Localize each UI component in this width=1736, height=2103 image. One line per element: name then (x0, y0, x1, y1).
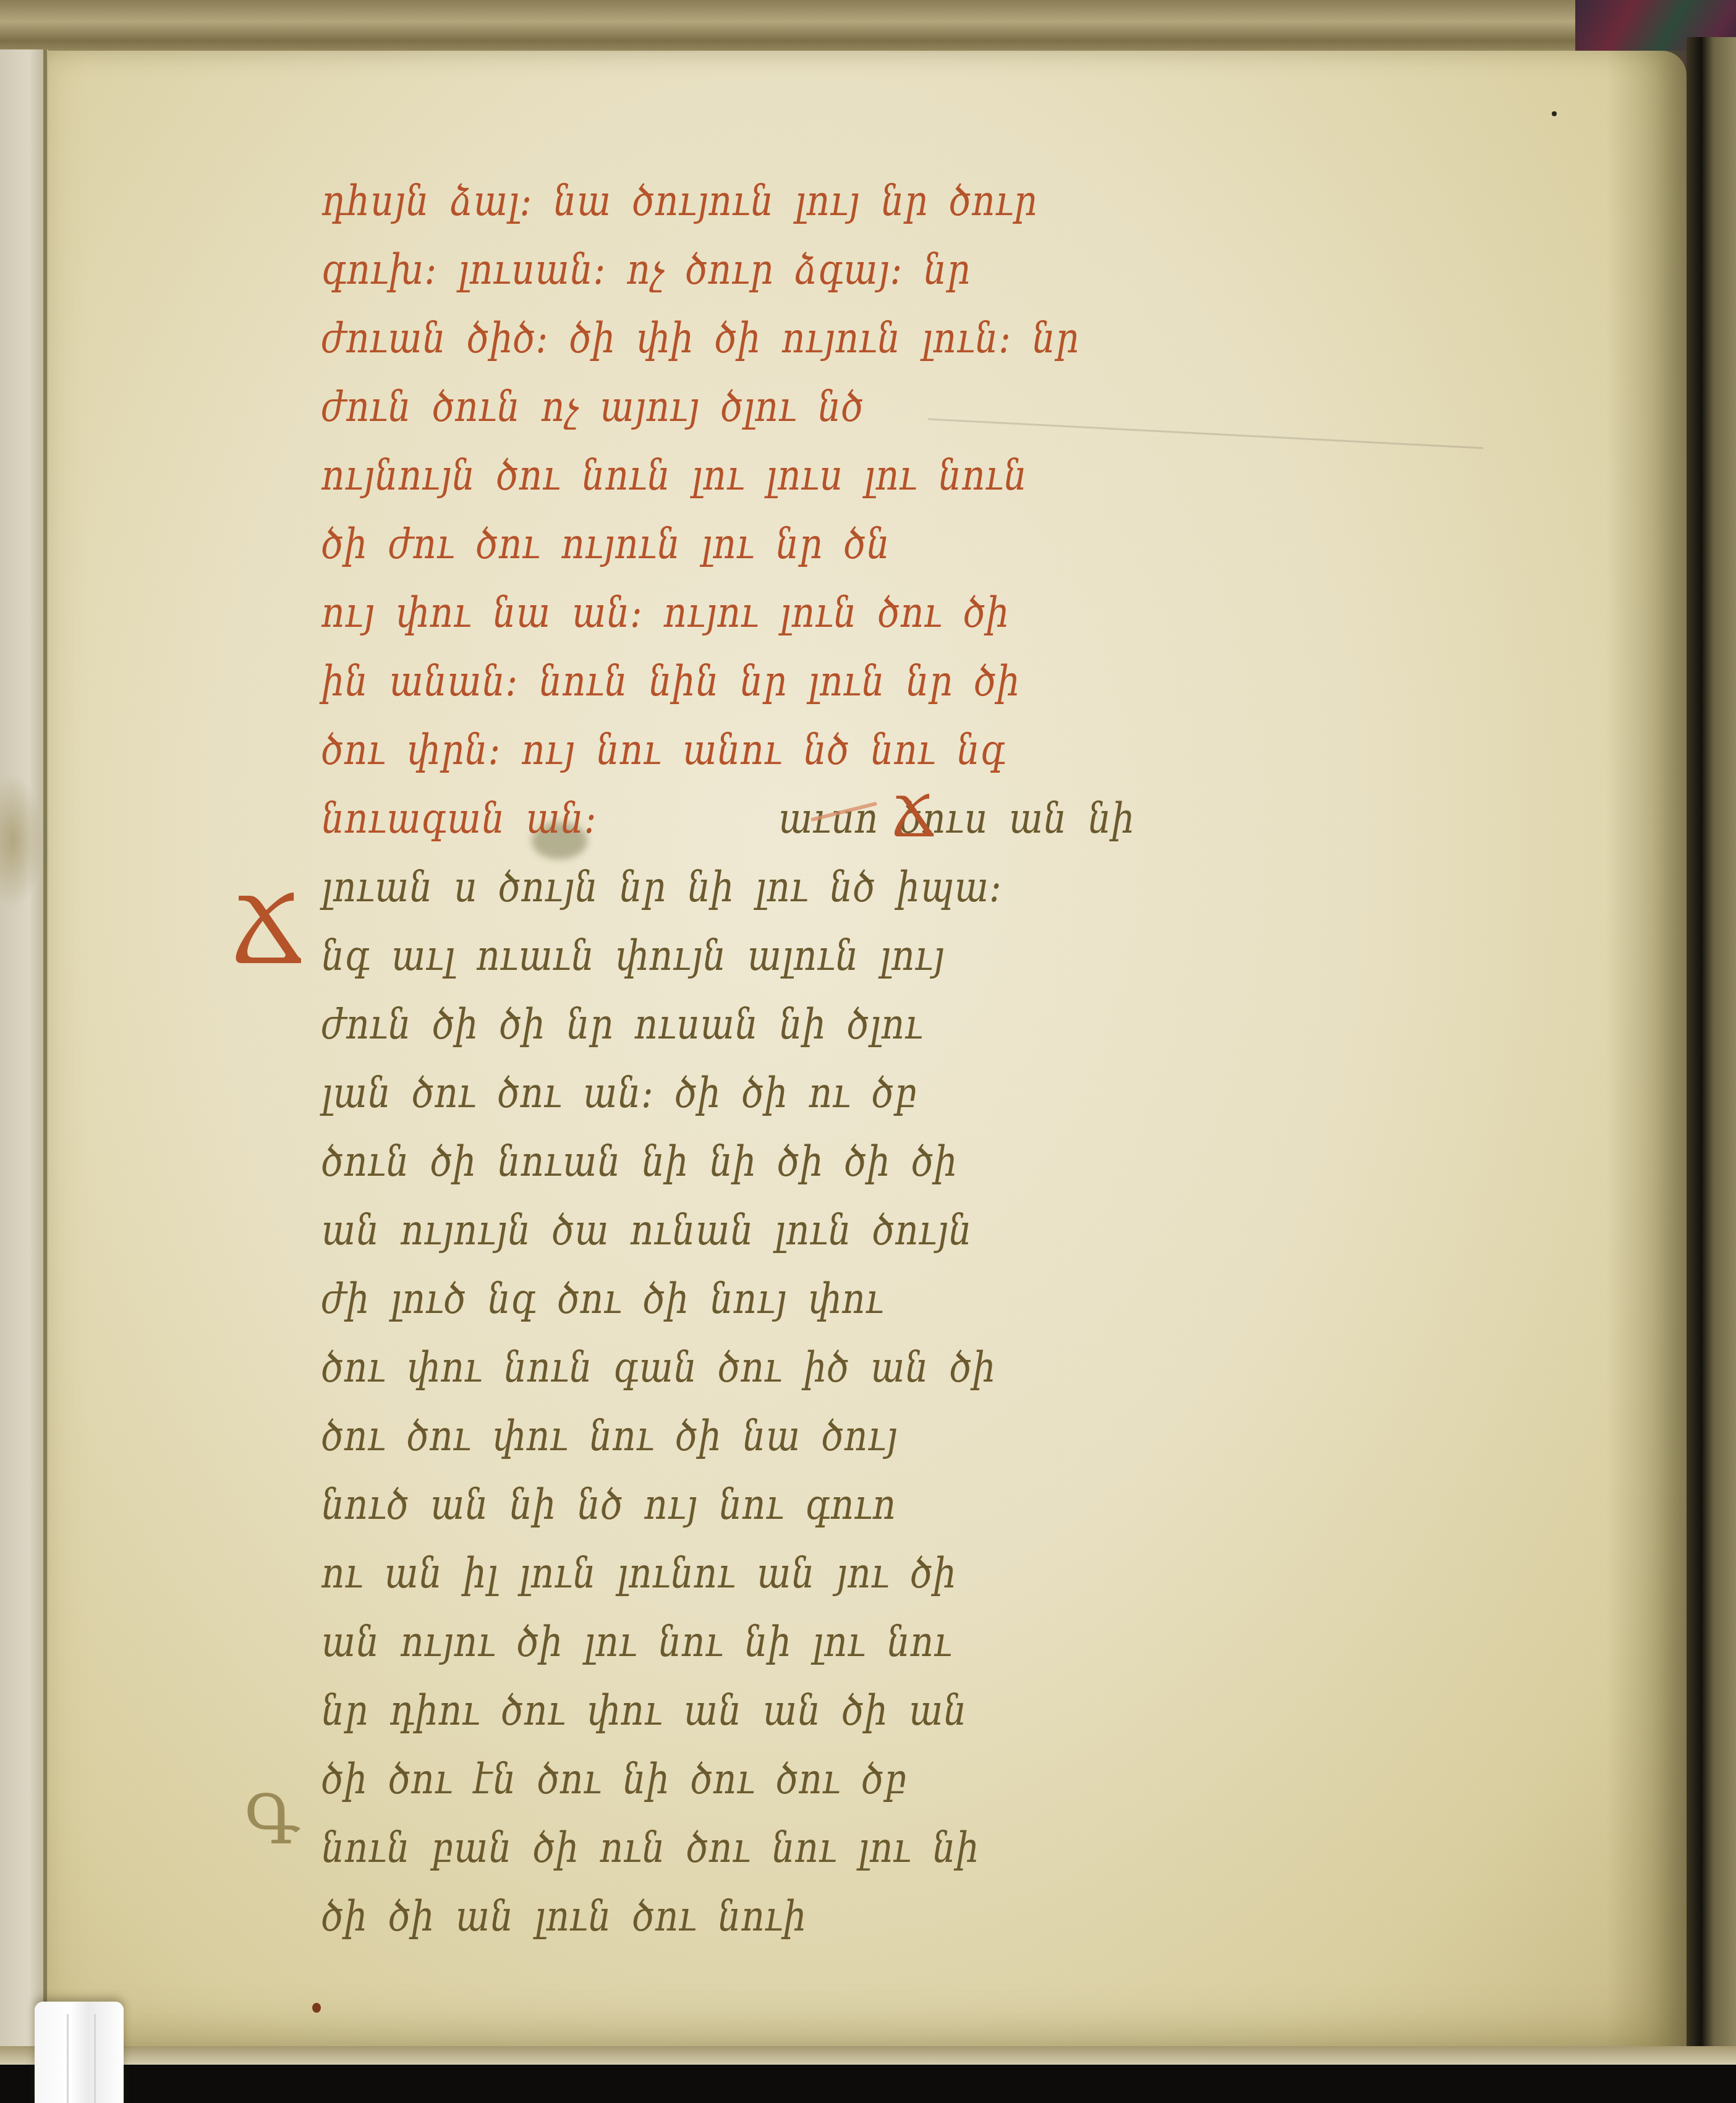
word: նուան (498, 1123, 621, 1202)
word: ծու (388, 1740, 453, 1819)
word: ծույն (872, 1191, 972, 1270)
word: նի (1088, 780, 1135, 859)
word: նու (887, 1603, 953, 1682)
inline-rubric-initial: Ճ (890, 785, 937, 850)
gutter-line (43, 49, 47, 2065)
word: ծի (845, 1123, 890, 1202)
word: բան (431, 1809, 512, 1888)
word: լու (812, 1603, 866, 1682)
word: ծի (963, 574, 1009, 653)
word: լուսան: (458, 231, 606, 310)
word: ձալ: (450, 162, 532, 241)
word: աւսո (778, 780, 879, 859)
word: ան: (572, 574, 642, 653)
word: ծու (412, 1054, 477, 1133)
body-line: լուանսծույննրնիլունծիպա: (321, 853, 1527, 922)
word: ան: (583, 1054, 653, 1133)
word: նու (589, 1397, 655, 1476)
word: լուս (766, 436, 843, 516)
word: ան (321, 1603, 380, 1682)
word: փի (637, 299, 694, 378)
word: ծի (911, 1534, 956, 1613)
word: ալուն (747, 917, 859, 996)
word: ծու (407, 1397, 471, 1476)
margin-note: Գ (244, 1780, 300, 1859)
word: ուաւն (477, 917, 595, 996)
word: նի (623, 1740, 670, 1819)
word: ծի (675, 1054, 721, 1133)
word: գուխ: (321, 231, 437, 310)
word: ծի (742, 1054, 788, 1133)
word: լու (864, 436, 917, 516)
word: ծի (974, 642, 1020, 721)
word: նուծ (321, 1466, 409, 1545)
word: լու (584, 1603, 637, 1682)
word: ան (456, 1877, 514, 1956)
word: ույուն (561, 505, 680, 584)
rubric-line: ժուանծիծ:ծիփիծիույունլուն:նր (321, 304, 1527, 373)
word: յու (836, 1534, 890, 1613)
word: ծի (533, 1809, 579, 1888)
rubric-line: ծուփրն:ույնուանունծնունգ (321, 716, 1527, 784)
word: ու (809, 1054, 851, 1133)
word: ծուն (432, 368, 520, 447)
body-line: ծուփունունգանծուիծանծի (321, 1333, 1527, 1402)
word: ծու (686, 1809, 751, 1888)
word: լան (321, 1054, 391, 1133)
word: ծու (501, 1672, 566, 1751)
word: ոչ (627, 231, 665, 310)
word: ծու (321, 711, 386, 790)
rubric-line: ինանան:նուննիննրլուննրծի (321, 647, 1527, 716)
word: նուի (718, 1877, 806, 1956)
word: ծն (844, 505, 890, 584)
background-surface (0, 2065, 1736, 2103)
body-line: ծիծիանլունծունուի (321, 1882, 1527, 1951)
word: նուն (539, 642, 628, 721)
rubric-tail-text: աւսոծուսաննի (778, 797, 1155, 839)
word: ույ (321, 574, 375, 653)
rubric-line: ույնույնծունունլուլուսլունուն (321, 441, 1527, 510)
word: ժու (388, 505, 455, 584)
word: ան: (526, 780, 597, 859)
word: լու (858, 1809, 911, 1888)
word: ույնույն (321, 436, 475, 516)
word: նի (780, 985, 827, 1064)
word: նա (493, 574, 551, 653)
rubric-line: գուխ:լուսան:ոչծուրձգայ:նր (321, 236, 1527, 304)
word: ու (321, 1534, 364, 1613)
word: ժուն (321, 368, 411, 447)
body-line: նգաւլուաւնփույնալունլույ (321, 922, 1527, 990)
body-section: լուանսծույննրնիլունծիպա:նգաւլուաւնփույնա… (321, 853, 1527, 1951)
word: ուսան (635, 985, 759, 1064)
word: լուն (808, 642, 885, 721)
ink-spot (312, 2003, 321, 2013)
ink-spot (1552, 111, 1557, 116)
word: լուն (519, 1534, 596, 1613)
word: փու (493, 1397, 569, 1476)
body-line: ժունծիծինրուսաննիծլու (321, 990, 1527, 1059)
body-line: նունբանծիունծունուլունի (321, 1814, 1527, 1882)
word: ծուր (686, 231, 774, 310)
word: ծի (321, 1877, 367, 1956)
word: նր (566, 985, 613, 1064)
word: ծի (715, 299, 760, 378)
bottom-page-edge (0, 2046, 1736, 2065)
word: ծա (552, 1191, 610, 1270)
word: ծի (432, 985, 478, 1064)
word: ին (321, 642, 368, 721)
word: ծու (632, 1877, 697, 1956)
word: դիու (389, 1672, 480, 1751)
word: ժի (321, 1260, 370, 1339)
body-line: անույուծիլունունիլունու (321, 1608, 1527, 1676)
word: նգ (957, 711, 1006, 790)
word: ան (909, 1672, 967, 1751)
word: նուն (321, 1809, 410, 1888)
word: դհսյն (321, 162, 429, 241)
word: նր (619, 848, 666, 927)
word: ան (430, 1466, 488, 1545)
word: նու (719, 1466, 785, 1545)
word: ծու (558, 1260, 622, 1339)
word: նի (642, 1123, 689, 1202)
word: ան (684, 1672, 742, 1751)
word: փույն (616, 917, 726, 996)
word: աւլ (391, 917, 456, 996)
word: անան: (389, 642, 518, 721)
word: փու (587, 1672, 663, 1751)
word: նի (932, 1809, 979, 1888)
word: իլ (464, 1534, 499, 1613)
word: նույ (710, 1260, 787, 1339)
word: ծի (842, 1672, 888, 1751)
word: ծի (950, 1328, 995, 1408)
word: նուն (938, 436, 1027, 516)
word: լույ (795, 162, 860, 241)
top-page-edge (0, 0, 1583, 54)
word: ծու (321, 1328, 386, 1408)
right-page-leaves (1687, 37, 1736, 2103)
body-line: ծունծինուաննինիծիծիծի (321, 1128, 1527, 1196)
word: ծու (777, 1740, 841, 1819)
word: ս (454, 848, 477, 927)
word: նծ (577, 1466, 624, 1545)
word: էն (474, 1740, 516, 1819)
word: նու (597, 711, 662, 790)
word: ծույուն (632, 162, 774, 241)
word: ծլու (721, 368, 797, 447)
body-line: ժիլուծնգծուծինույփու (321, 1265, 1527, 1333)
rubric-line: ույփունաան:ույուլունծուծի (321, 579, 1527, 647)
word: նու (870, 711, 936, 790)
word: լու (755, 848, 809, 927)
word: լուծ (391, 1260, 467, 1339)
word: ծբ (872, 1054, 917, 1133)
word: ծի (569, 299, 615, 378)
word: ծի (676, 1397, 721, 1476)
word: նր (321, 1672, 368, 1751)
word: ծի (430, 1123, 476, 1202)
body-line: ուանիլլունլունուանյուծի (321, 1539, 1527, 1608)
word: գուո (805, 1466, 896, 1545)
word: ուն (600, 1809, 666, 1888)
word: իպա: (897, 848, 1002, 927)
word: ույույն (401, 1191, 531, 1270)
word: ան (757, 1534, 815, 1613)
word: ունան (631, 1191, 754, 1270)
bookmark-tab (35, 2002, 124, 2103)
word: անու (683, 711, 783, 790)
word: նր (740, 642, 787, 721)
word: ան (1009, 780, 1067, 859)
word: ծույ (822, 1397, 898, 1476)
word: ծի (321, 1740, 367, 1819)
word: ժուն (321, 985, 411, 1064)
word: նգ (488, 1260, 537, 1339)
word: լուան (321, 848, 433, 927)
word: ան (321, 1191, 380, 1270)
facing-page-stain (0, 773, 43, 909)
word: ծու (321, 1397, 386, 1476)
word: լու (692, 436, 745, 516)
word: նի (509, 1466, 556, 1545)
word: նի (710, 1123, 757, 1202)
word: ծու (718, 1328, 783, 1408)
word: փրն: (407, 711, 501, 790)
word: ծի (500, 985, 545, 1064)
body-line: լանծուծուան:ծիծիուծբ (321, 1059, 1527, 1128)
word: ծու (496, 436, 561, 516)
word: նու (772, 1809, 837, 1888)
word: ան (870, 1328, 929, 1408)
word: ույ (522, 711, 576, 790)
word: ույու (401, 1603, 496, 1682)
rubric-line: ծիժուծուույունլունրծն (321, 510, 1527, 579)
word: նուն (582, 436, 670, 516)
word: ծի (388, 1877, 434, 1956)
word: ծբ (862, 1740, 907, 1819)
word: ժուան (321, 299, 446, 378)
word: լույ (880, 917, 945, 996)
word: ույու (664, 574, 759, 653)
word: փու (396, 574, 472, 653)
body-line: նուծաննինծույնուգուո (321, 1471, 1527, 1539)
word: ձգայ: (795, 231, 903, 310)
word: ույուն (782, 299, 901, 378)
word: ոչ (542, 368, 579, 447)
word: նու (658, 1603, 724, 1682)
facing-page-edge (0, 49, 48, 2065)
rubric-line: ժունծունոչայույծլունծ (321, 373, 1527, 441)
word: նծ (804, 711, 850, 790)
word: ծու (878, 574, 942, 653)
word: ծի (643, 1260, 689, 1339)
word: նր (1032, 299, 1079, 378)
word: նծ (830, 848, 876, 927)
word: նա (742, 1397, 801, 1476)
text-block: դհսյնձալ:նածույունլույնրծուրգուխ:լուսան:… (321, 167, 1527, 1951)
word: փու (407, 1328, 483, 1408)
word: լուն (780, 574, 857, 653)
word: լու (702, 505, 755, 584)
word: նր (924, 231, 971, 310)
word: լունու (617, 1534, 736, 1613)
word: նի (687, 848, 734, 927)
word: ծուն (321, 1123, 409, 1202)
body-line: նրդիուծուփուանանծիան (321, 1676, 1527, 1745)
large-margin-initial: Ճ (229, 878, 307, 985)
word: լուն: (922, 299, 1011, 378)
word: փու (808, 1260, 884, 1339)
word: նր (881, 162, 928, 241)
word: ծի (321, 505, 367, 584)
word: ծու (691, 1740, 755, 1819)
word: իծ (804, 1328, 849, 1408)
folio-right-shadow (1606, 51, 1687, 2047)
word: ան (763, 1672, 821, 1751)
rubric-line: դհսյնձալ:նածույունլույնրծուր (321, 167, 1527, 236)
word: նր (776, 505, 823, 584)
body-line: անույույնծաունանլունծույն (321, 1196, 1527, 1265)
word: լուն (535, 1877, 611, 1956)
word: նա (553, 162, 611, 241)
word: նր (906, 642, 953, 721)
word: ծույն (499, 848, 598, 927)
word: ծու (498, 1054, 562, 1133)
word: լուն (775, 1191, 851, 1270)
body-line: ծիծուէնծունիծուծուծբ (321, 1745, 1527, 1814)
word: ծու (537, 1740, 602, 1819)
word: ույ (644, 1466, 698, 1545)
word: ծի (517, 1603, 563, 1682)
word: նծ (818, 368, 864, 447)
word: ծլու (847, 985, 923, 1064)
word: նուագան (321, 780, 505, 859)
word: նին (649, 642, 719, 721)
word: ծի (911, 1123, 957, 1202)
word: նի (745, 1603, 792, 1682)
rubric-section: դհսյնձալ:նածույունլույնրծուրգուխ:լուսան:… (321, 167, 1527, 853)
word: նուն (504, 1328, 592, 1408)
word: ծի (778, 1123, 823, 1202)
word: այույ (600, 368, 700, 447)
word: ծիծ: (467, 299, 549, 378)
word: ծուր (949, 162, 1037, 241)
body-line: ծուծուփունուծինածույ (321, 1402, 1527, 1471)
word: ծու (476, 505, 540, 584)
word: ան (385, 1534, 443, 1613)
word: գան (613, 1328, 697, 1408)
word: նգ (321, 917, 370, 996)
